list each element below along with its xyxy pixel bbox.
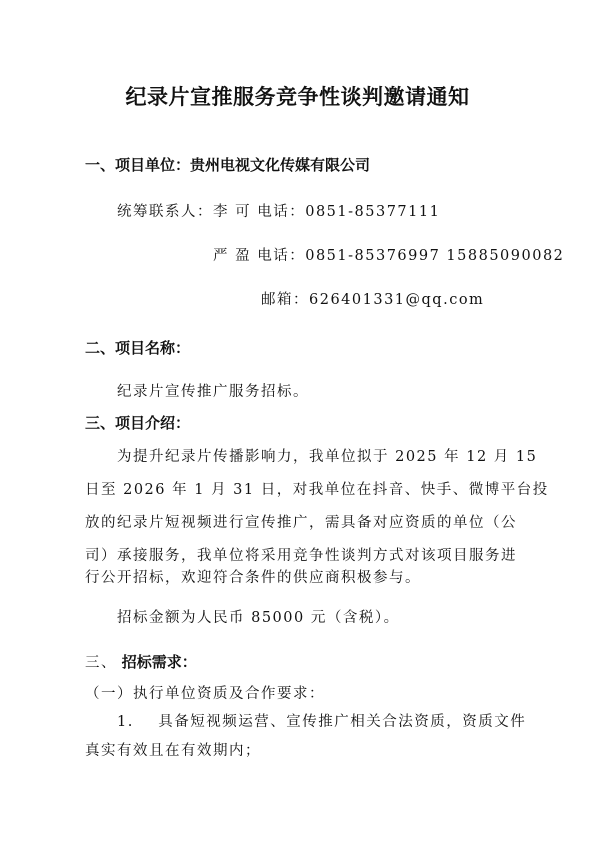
intro-line-5: 行公开招标，欢迎符合条件的供应商积极参与。 xyxy=(85,568,421,588)
intro-line-2: 日至 2026 年 1 月 31 日，对我单位在抖音、快手、微博平台投 xyxy=(85,480,511,500)
section1-heading: 一、项目单位：贵州电视文化传媒有限公司 xyxy=(85,155,370,175)
requirement-item-1-line-2: 真实有效且在有效期内； xyxy=(85,741,261,761)
bid-amount: 招标金额为人民币 85000 元（含税）。 xyxy=(117,608,400,628)
page-title: 纪录片宣推服务竞争性谈判邀请通知 xyxy=(0,87,595,107)
contact-secondary: 严 盈 电话：0851-85376997 15885090082 xyxy=(213,246,564,266)
section4-heading-prefix: 三、 xyxy=(85,655,117,671)
requirements-subheading: （一）执行单位资质及合作要求： xyxy=(85,684,325,704)
intro-line-1: 为提升纪录片传播影响力，我单位拟于 2025 年 12 月 15 xyxy=(117,447,537,467)
contact-email: 邮箱：626401331@qq.com xyxy=(261,290,484,310)
contact-primary: 统筹联系人：李 可 电话：0851-85377111 xyxy=(117,202,440,222)
section4-heading: 三、 招标需求： xyxy=(85,652,197,673)
section3-heading: 三、项目介绍： xyxy=(85,413,190,433)
intro-line-4: 司）承接服务，我单位将采用竞争性谈判方式对该项目服务进 xyxy=(85,546,511,566)
section4-heading-title: 招标需求： xyxy=(122,653,197,671)
requirement-item-1-line-1: 1. 具备短视频运营、宣传推广相关合法资质，资质文件 xyxy=(117,712,526,732)
section2-heading: 二、项目名称： xyxy=(85,338,190,358)
project-name: 纪录片宣传推广服务招标。 xyxy=(117,382,309,402)
intro-line-3: 放的纪录片短视频进行宣传推广，需具备对应资质的单位（公 xyxy=(85,513,511,533)
